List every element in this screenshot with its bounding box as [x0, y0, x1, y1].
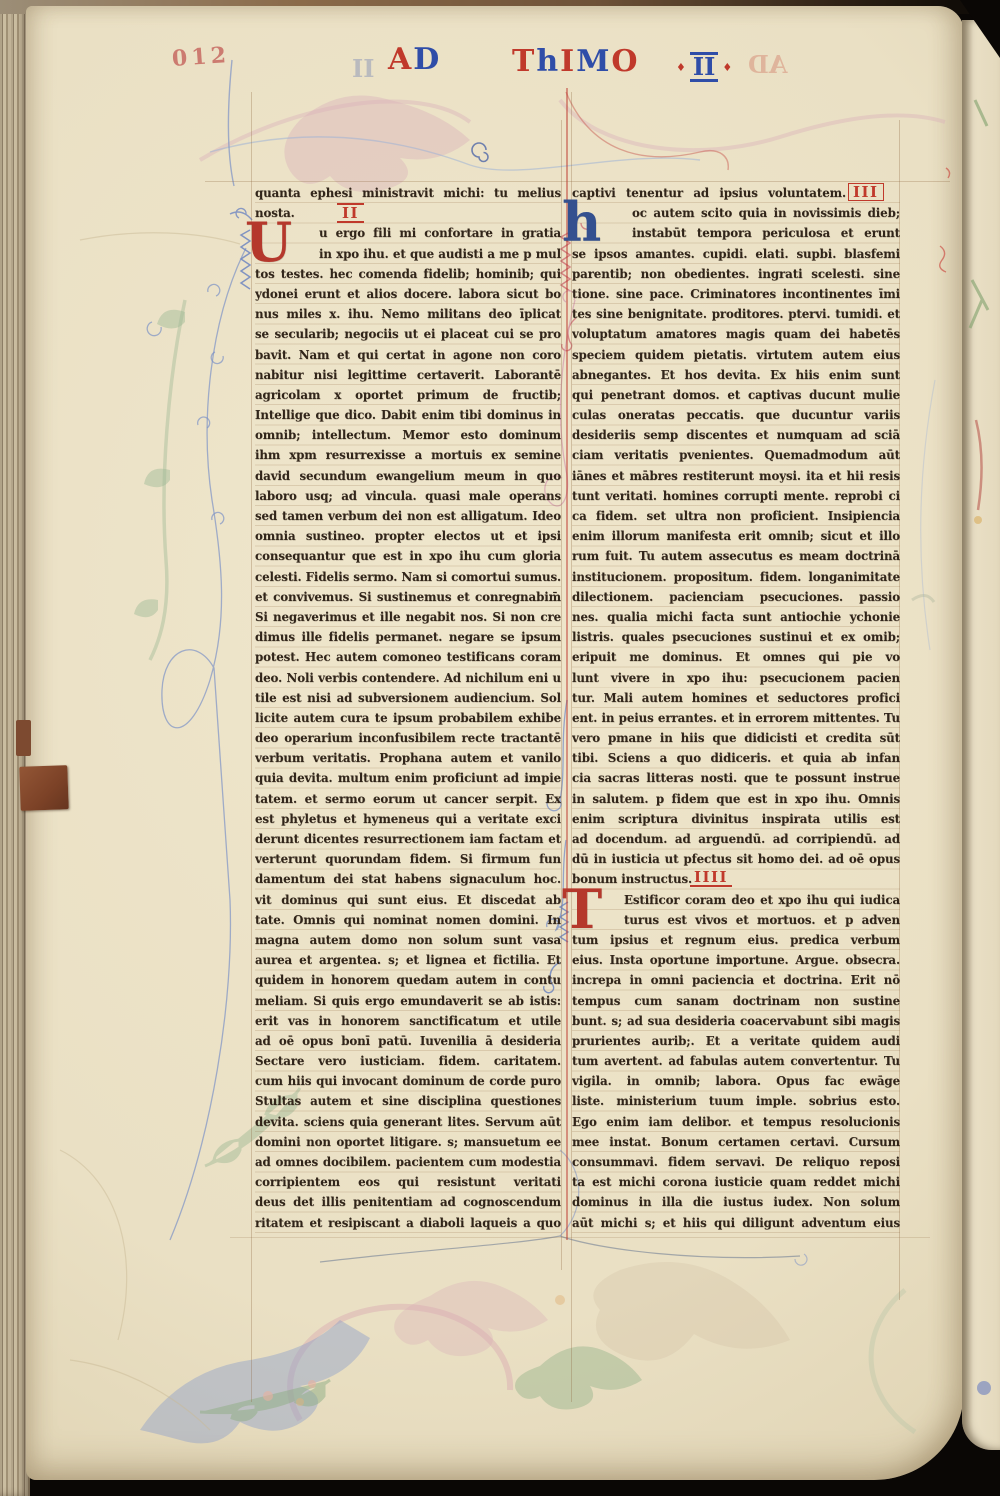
- left-column-line-38: magna autem domo non solum sunt vasa: [255, 930, 561, 950]
- left-column-line-6: ydonei erunt et alios docere. labora sic…: [255, 284, 561, 304]
- left-column-line-22: Si negaverimus et ille negabit nos. Si n…: [255, 607, 561, 627]
- left-column-line-18: omnia sustineo. propter electos ut et ip…: [255, 526, 561, 546]
- right-column-line-39: eius. Insta oportune importune. Argue. o…: [572, 950, 900, 970]
- left-column-line-11: agricolam x oportet primum de fructib; p…: [255, 385, 561, 405]
- right-column-line-42: bunt. s; ad sua desideria coacervabunt s…: [572, 1011, 900, 1031]
- left-column-line-42: erit vas in honorem sanctificatum et uti…: [255, 1011, 561, 1031]
- ruling-vertical: [251, 92, 252, 1402]
- book-numeral-diamond: ♦: [676, 61, 686, 74]
- left-column-line-16: laboro usq; ad vincula. quasi male opera…: [255, 486, 561, 506]
- right-column-line-32: enim scriptura divinitus inspirata utili…: [572, 809, 900, 829]
- right-column-line-50: ta est michi corona iusticie quam reddet…: [572, 1172, 900, 1192]
- ghost-mark-2: AD: [748, 50, 787, 79]
- right-column-line-14: ciam veritatis pvenientes. Quemadmodum a…: [572, 445, 900, 465]
- left-column-line-50: corripientem eos qui resistunt veritati …: [255, 1172, 561, 1192]
- leather-tab-small: [16, 720, 31, 756]
- right-column-line-28: vero pmane in hiis que didicisti et cred…: [572, 728, 900, 748]
- right-column-line-47: Ego enim iam delibor. et tempus resoluci…: [572, 1112, 900, 1132]
- left-column-line-27: licite autem cura te ipsum probabilem ex…: [255, 708, 561, 728]
- right-column-line-5: parentib; non obedientes. ingrati sceles…: [572, 264, 900, 284]
- right-column-line-48: mee instat. Bonum certamen certavi. Curs…: [572, 1132, 900, 1152]
- right-column-line-25: lunt vivere in xpo ihu: psecucionem paci…: [572, 668, 900, 688]
- left-column-line-35: damentum dei stat habens signaculum hoc.…: [255, 869, 561, 889]
- right-column-line-2: oc autem scito quia in novissimis dieb;: [572, 203, 900, 223]
- left-column-line-28: deo operarium inconfusibilem recte tract…: [255, 728, 561, 748]
- right-column-line-52: aūt michi s; et hiis qui diligunt advent…: [572, 1213, 900, 1233]
- title-timo-letter-5: O: [611, 44, 639, 79]
- right-column-line-30: cia sacras litteras nosti. que te possun…: [572, 768, 900, 788]
- ghost-mark-1: II: [352, 54, 374, 83]
- title-ad-letter-2: D: [413, 42, 441, 77]
- right-column-line-19: rum fuit. Tu autem assecutus es meam doc…: [572, 546, 900, 566]
- left-column-line-5: tos testes. hec comenda fidelib; hominib…: [255, 264, 561, 284]
- left-column-line-2: nosta.: [255, 203, 561, 223]
- right-column-line-46: liste. ministerium tuum imple. sobrius e…: [572, 1091, 900, 1111]
- running-title-timo: ThIMO: [512, 44, 640, 79]
- left-column-line-29: verbum veritatis. Prophana autem et vani…: [255, 748, 561, 768]
- book-numeral-numeral: II: [690, 52, 718, 82]
- left-column-line-10: nabitur nisi legittime certaverit. Labor…: [255, 365, 561, 385]
- right-column-line-31: in salutem. p fidem que est in xpo ihu. …: [572, 789, 900, 809]
- left-column-line-44: Sectare vero iusticiam. fidem. caritatem…: [255, 1051, 561, 1071]
- running-title-ad: AD: [388, 42, 441, 77]
- right-column-line-40: increpa in omni paciencia et doctrina. E…: [572, 970, 900, 990]
- right-column-line-38: tum ipsius et regnum eius. predica verbu…: [572, 930, 900, 950]
- right-column-line-18: enim illorum manifesta erit omnib; sicut…: [572, 526, 900, 546]
- left-column-line-43: ad oē opus bonī patū. Iuvenilia ā deside…: [255, 1031, 561, 1051]
- decorated-initial-h: h: [562, 197, 601, 248]
- left-column-line-30: quia devita. multum enim proficiunt ad i…: [255, 768, 561, 788]
- ruling-vertical: [561, 120, 562, 1270]
- facing-page-sliver: [962, 20, 1000, 1450]
- left-column-line-20: celesti. Fidelis sermo. Nam si comortui …: [255, 567, 561, 587]
- left-column-line-33: derunt dicentes resurrectionem iam facta…: [255, 829, 561, 849]
- ruling-vertical-red: [566, 88, 568, 1240]
- leather-tab: [19, 765, 69, 811]
- folio-number-text: 012: [171, 42, 231, 72]
- text-column-right: captivi tenentur ad ipsius voluntatem.oc…: [572, 183, 900, 1235]
- chapter-numeral-II: II: [337, 203, 364, 223]
- ruling-horizontal: [205, 181, 950, 182]
- right-column-line-23: listris. quales psecuciones sustinui et …: [572, 627, 900, 647]
- left-column-line-26: tile est nisi ad subversionem audiencium…: [255, 688, 561, 708]
- right-column-line-15: iānes et mābres restiterunt moysi. ita e…: [572, 466, 900, 486]
- right-column-line-37: turus est vivos et mortuos. et p adven: [572, 910, 900, 930]
- right-column-line-35: bonum instructus.: [572, 869, 900, 889]
- text-column-left: quanta ephesi ministravit michi: tu meli…: [255, 183, 561, 1235]
- chapter-numeral-IIII: IIII: [690, 869, 732, 887]
- left-column-line-40: quidem in honorem quedam autem in contu: [255, 970, 561, 990]
- right-column-line-7: tes sine benignitate. proditores. ptervi…: [572, 304, 900, 324]
- right-column-line-9: speciem quidem pietatis. virtutem autem …: [572, 345, 900, 365]
- left-column-line-24: potest. Hec autem comoneo testificans co…: [255, 647, 561, 667]
- right-column-line-6: tione. sine pace. Criminatores incontine…: [572, 284, 900, 304]
- title-ad-letter-1: A: [388, 42, 413, 77]
- right-column-line-27: ent. in peius errantes. et in errorem mi…: [572, 708, 900, 728]
- decorated-initial-T: T: [562, 884, 602, 935]
- right-column-line-34: dū in iusticia ut pfectus sit homo dei. …: [572, 849, 900, 869]
- left-column-line-25: deo. Noli verbis contendere. Ad nichilum…: [255, 668, 561, 688]
- decorated-initial-U: U: [245, 217, 292, 268]
- left-column-line-15: david secundum ewangelium meum in quo: [255, 466, 561, 486]
- left-column-line-36: vit dominus qui sunt eius. Et discedat a…: [255, 890, 561, 910]
- folio-number: 012: [171, 42, 231, 72]
- right-column-line-17: ca fidem. set ultra non proficient. Insi…: [572, 506, 900, 526]
- right-column-line-26: tur. Mali autem homines et seductores pr…: [572, 688, 900, 708]
- left-column-line-3: u ergo fili mi confortare in gratia que …: [255, 223, 561, 243]
- right-column-line-45: vigila. in omnib; labora. Opus fac ewāge: [572, 1071, 900, 1091]
- right-column-line-4: se ipsos amantes. cupidi. elati. supbi. …: [572, 244, 900, 264]
- left-column-line-49: ad omnes docibilem. pacientem cum modest…: [255, 1152, 561, 1172]
- right-column-line-13: desideriis semp discentes et numquam ad …: [572, 425, 900, 445]
- title-timo-letter-3: I: [560, 44, 576, 79]
- left-column-line-8: se secularib; negociis ut ei placeat cui…: [255, 324, 561, 344]
- left-column-line-47: devita. sciens quia generant lites. Serv…: [255, 1112, 561, 1132]
- left-column-line-41: meliam. Si quis ergo emundaverit se ab i…: [255, 991, 561, 1011]
- left-column-line-9: bavit. Nam et qui certat in agone non co…: [255, 345, 561, 365]
- right-column-line-29: tibi. Sciens a quo didiceris. et quia ab…: [572, 748, 900, 768]
- right-column-line-22: nes. qualia michi facta sunt antiochie y…: [572, 607, 900, 627]
- right-column-line-21: dilectionem. pacienciam psecuciones. pas…: [572, 587, 900, 607]
- left-column-line-34: verterunt quorundam fidem. Si firmum fun: [255, 849, 561, 869]
- right-column-line-20: institucionem. propositum. fidem. longan…: [572, 567, 900, 587]
- chapter-numeral-III: III: [848, 183, 884, 201]
- left-column-line-12: Intellige que dico. Dabit enim tibi domi…: [255, 405, 561, 425]
- left-column-line-32: est phyletus et hymeneus qui a veritate …: [255, 809, 561, 829]
- left-column-line-21: et convivemus. Si sustinemus et conregna…: [255, 587, 561, 607]
- left-column-line-45: cum hiis qui invocant dominum de corde p…: [255, 1071, 561, 1091]
- left-column-line-46: Stultas autem et sine disciplina questio…: [255, 1091, 561, 1111]
- right-column-line-44: tum avertent. ad fabulas autem converten…: [572, 1051, 900, 1071]
- left-column-line-52: ritatem et resipiscant a diaboli laqueis…: [255, 1213, 561, 1233]
- right-column-line-8: voluptatum amatores magis quam dei habet…: [572, 324, 900, 344]
- left-column-line-51: deus det illis penitentiam ad cognoscend…: [255, 1192, 561, 1212]
- book-numeral-diamond: ♦: [722, 61, 732, 74]
- title-timo-letter-4: M: [576, 44, 611, 79]
- right-column-line-10: abnegantes. Et hos devita. Ex hiis enim …: [572, 365, 900, 385]
- right-column-line-3: instabūt tempora periculosa et erunt hom…: [572, 223, 900, 243]
- left-column-line-13: omnib; intellectum. Memor esto dominum: [255, 425, 561, 445]
- left-column-line-37: tate. Omnis qui nominat nomen domini. In: [255, 910, 561, 930]
- left-column-line-14: ihm xpm resurrexisse a mortuis ex semine: [255, 445, 561, 465]
- left-column-line-4: in xpo ihu. et que audisti a me p mul: [255, 244, 561, 264]
- left-column-line-1: quanta ephesi ministravit michi: tu meli…: [255, 183, 561, 203]
- left-column-line-39: aurea et argentea. s; et lignea et ficti…: [255, 950, 561, 970]
- right-column-line-11: qui penetrant domos. et captivas ducunt …: [572, 385, 900, 405]
- left-column-line-48: domini non oportet litigare. s; mansuetu…: [255, 1132, 561, 1152]
- left-column-line-7: nus miles x. ihu. Nemo militans deo īpli…: [255, 304, 561, 324]
- title-timo-letter-2: h: [536, 44, 560, 79]
- right-column-line-36: Estificor coram deo et xpo ihu qui iudic…: [572, 890, 900, 910]
- left-column-line-23: dimus ille fidelis permanet. negare se i…: [255, 627, 561, 647]
- left-column-line-17: sed tamen verbum dei non est alligatum. …: [255, 506, 561, 526]
- right-column-line-43: prurientes aurib;. Et a veritate quidem …: [572, 1031, 900, 1051]
- left-column-line-19: consequantur que est in xpo ihu cum glor…: [255, 546, 561, 566]
- right-column-line-49: consummavi. fidem servavi. De reliquo re…: [572, 1152, 900, 1172]
- ruling-horizontal: [230, 1237, 930, 1238]
- right-column-line-24: eripuit me dominus. Et omnes qui pie vo: [572, 647, 900, 667]
- right-column-line-12: culas oneratas peccatis. que ducuntur va…: [572, 405, 900, 425]
- left-column-line-31: tatem. et sermo eorum ut cancer serpit. …: [255, 789, 561, 809]
- right-column-line-16: tunt veritati. homines corrupti mente. r…: [572, 486, 900, 506]
- title-timo-letter-1: T: [512, 44, 536, 79]
- running-title-book-numeral: ♦II♦: [676, 52, 732, 82]
- right-column-line-33: ad docendum. ad arguendū. ad corripiendū…: [572, 829, 900, 849]
- right-column-line-51: dominus in illa die iustus iudex. Non so…: [572, 1192, 900, 1212]
- right-column-line-41: tempus cum sanam doctrinam non sustine: [572, 991, 900, 1011]
